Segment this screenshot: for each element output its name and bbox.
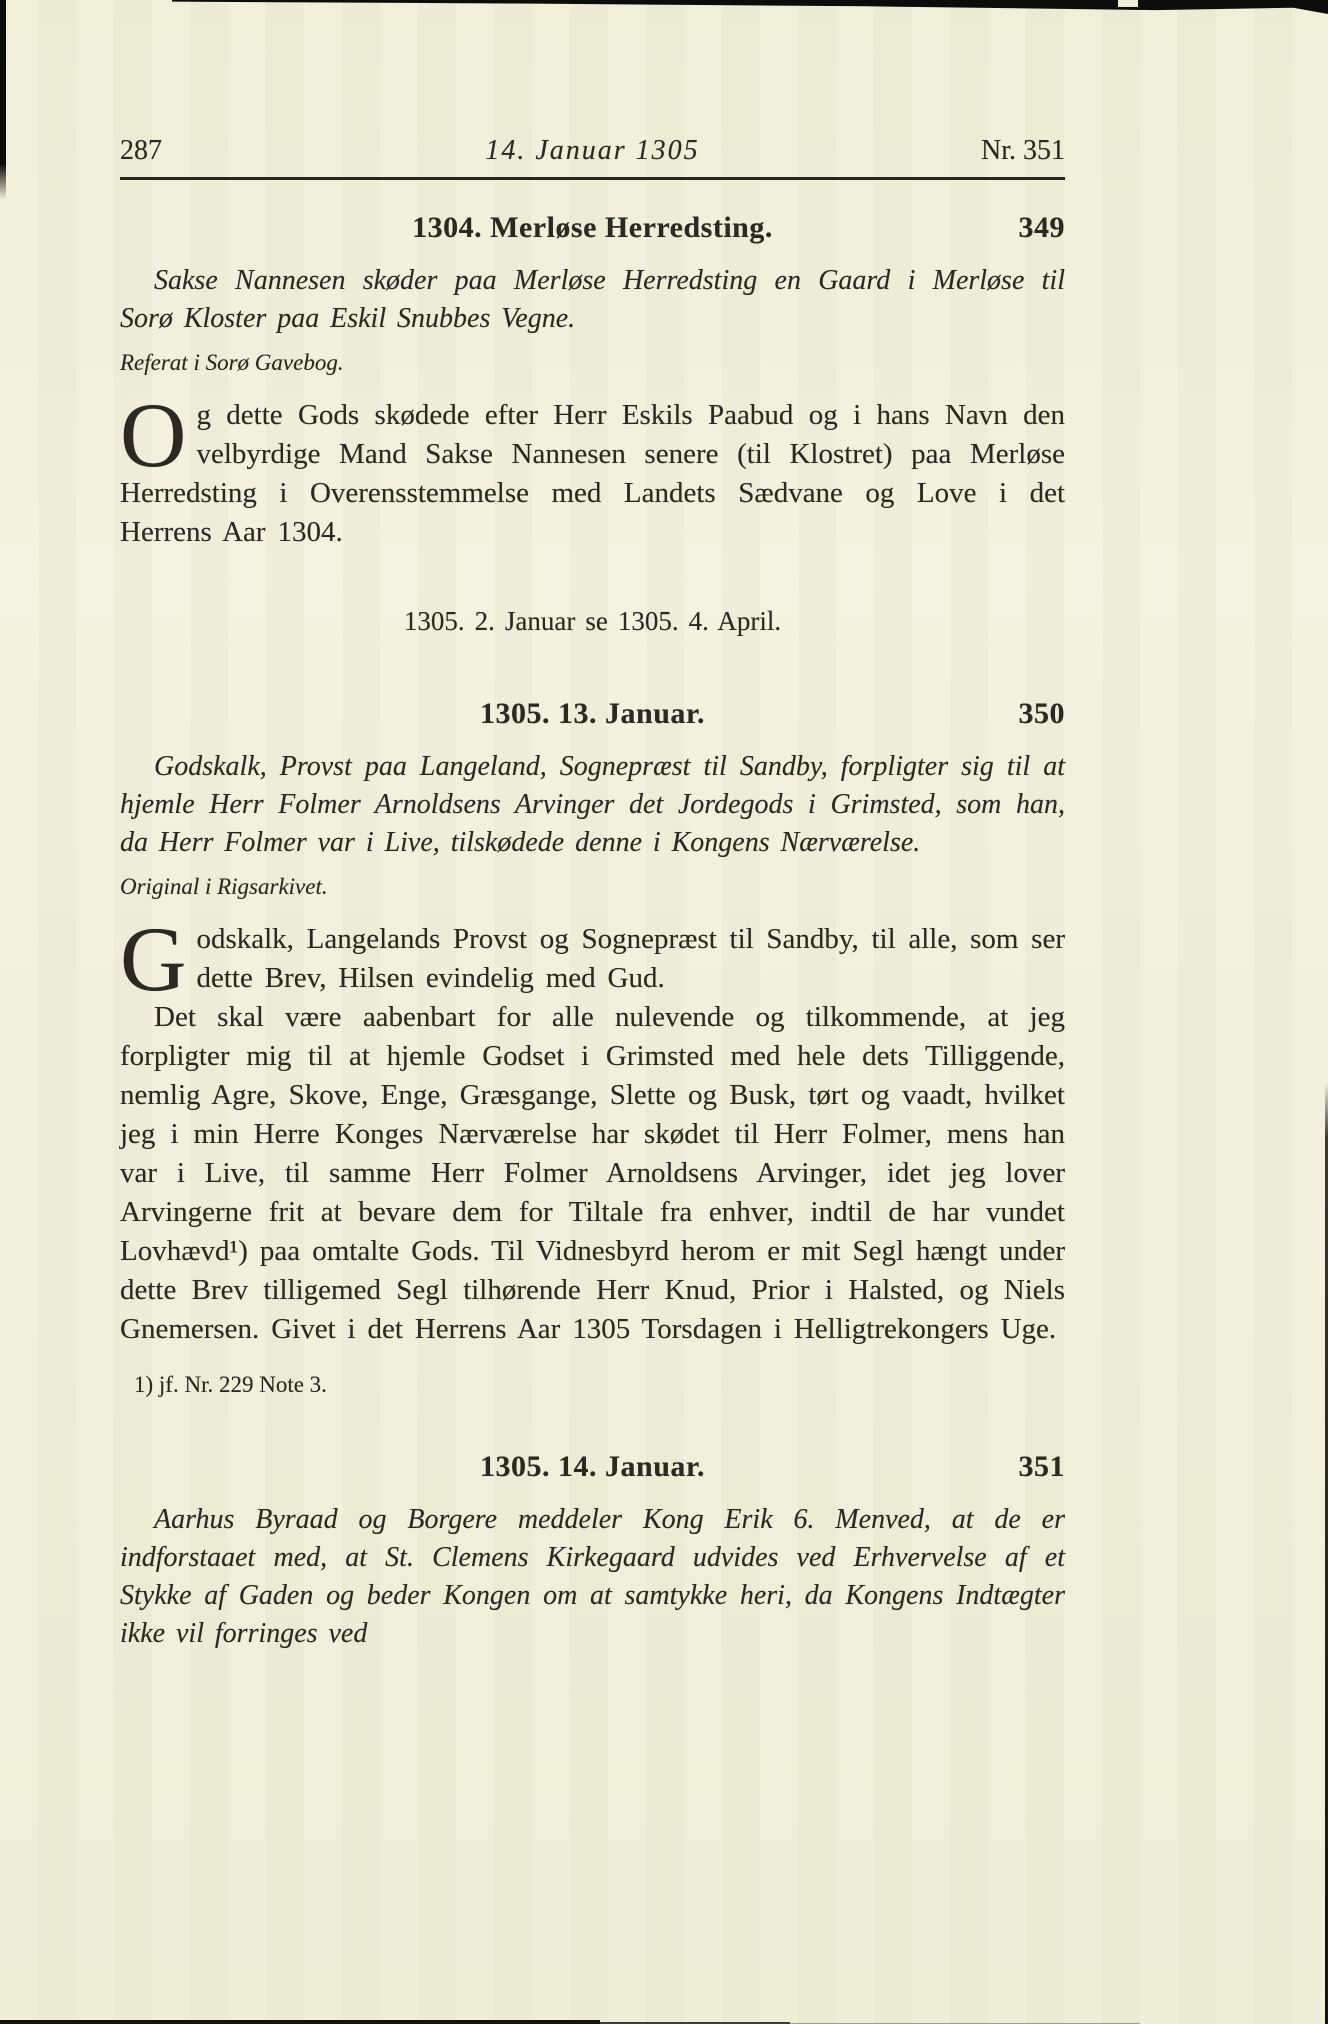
doc-body: Og dette Gods skødede efter Herr Eskils … xyxy=(120,396,1065,552)
scan-artifact-top-notch xyxy=(1118,0,1138,7)
drop-cap: O xyxy=(120,396,196,472)
document-349: 1304. Merløse Herredsting. 349 Sakse Nan… xyxy=(120,210,1065,552)
cross-reference-line: 1305. 2. Januar se 1305. 4. April. xyxy=(120,604,1065,638)
doc-body-paragraph: Det skal være aabenbart for alle nuleven… xyxy=(120,998,1065,1349)
scan-artifact-left-edge xyxy=(0,0,6,200)
doc-number: 351 xyxy=(1019,1449,1066,1485)
running-title: 14. Januar 1305 xyxy=(485,134,699,168)
doc-heading-title: 1304. Merløse Herredsting. xyxy=(412,211,773,244)
doc-source-note: Original i Rigsarkivet. xyxy=(120,872,1065,902)
document-350: 1305. 13. Januar. 350 Godskalk, Provst p… xyxy=(120,696,1065,1399)
running-header: 287 14. Januar 1305 Nr. 351 xyxy=(120,134,1065,180)
doc-source-note: Referat i Sorø Gavebog. xyxy=(120,348,1065,378)
page-number: 287 xyxy=(120,134,485,168)
doc-number: 349 xyxy=(1019,210,1066,246)
header-doc-ref: Nr. 351 xyxy=(700,134,1065,168)
doc-heading: 1304. Merløse Herredsting. 349 xyxy=(120,210,1065,246)
doc-summary: Godskalk, Provst paa Langeland, Sognepræ… xyxy=(120,748,1065,862)
document-351: 1305. 14. Januar. 351 Aarhus Byraad og B… xyxy=(120,1449,1065,1653)
doc-summary: Aarhus Byraad og Borgere meddeler Kong E… xyxy=(120,1501,1065,1653)
doc-heading: 1305. 14. Januar. 351 xyxy=(120,1449,1065,1485)
doc-heading-title: 1305. 13. Januar. xyxy=(480,697,705,730)
drop-cap: G xyxy=(120,920,196,996)
doc-heading: 1305. 13. Januar. 350 xyxy=(120,696,1065,732)
doc-heading-title: 1305. 14. Januar. xyxy=(480,1450,705,1483)
doc-summary: Sakse Nannesen skøder paa Merløse Herred… xyxy=(120,262,1065,338)
doc-body: Godskalk, Langelands Provst og Sognepræs… xyxy=(120,920,1065,998)
page-text-column: 287 14. Januar 1305 Nr. 351 1304. Merløs… xyxy=(120,0,1065,1653)
doc-number: 350 xyxy=(1019,696,1066,732)
doc-body-text: g dette Gods skødede efter Herr Eskils P… xyxy=(120,399,1065,548)
doc-body-text: odskalk, Langelands Provst og Sognepræst… xyxy=(196,923,1065,994)
scanned-book-page: 287 14. Januar 1305 Nr. 351 1304. Merløs… xyxy=(0,0,1328,2024)
scan-artifact-bottom-edge xyxy=(0,2020,600,2024)
footnote: 1) jf. Nr. 229 Note 3. xyxy=(120,1371,1065,1399)
